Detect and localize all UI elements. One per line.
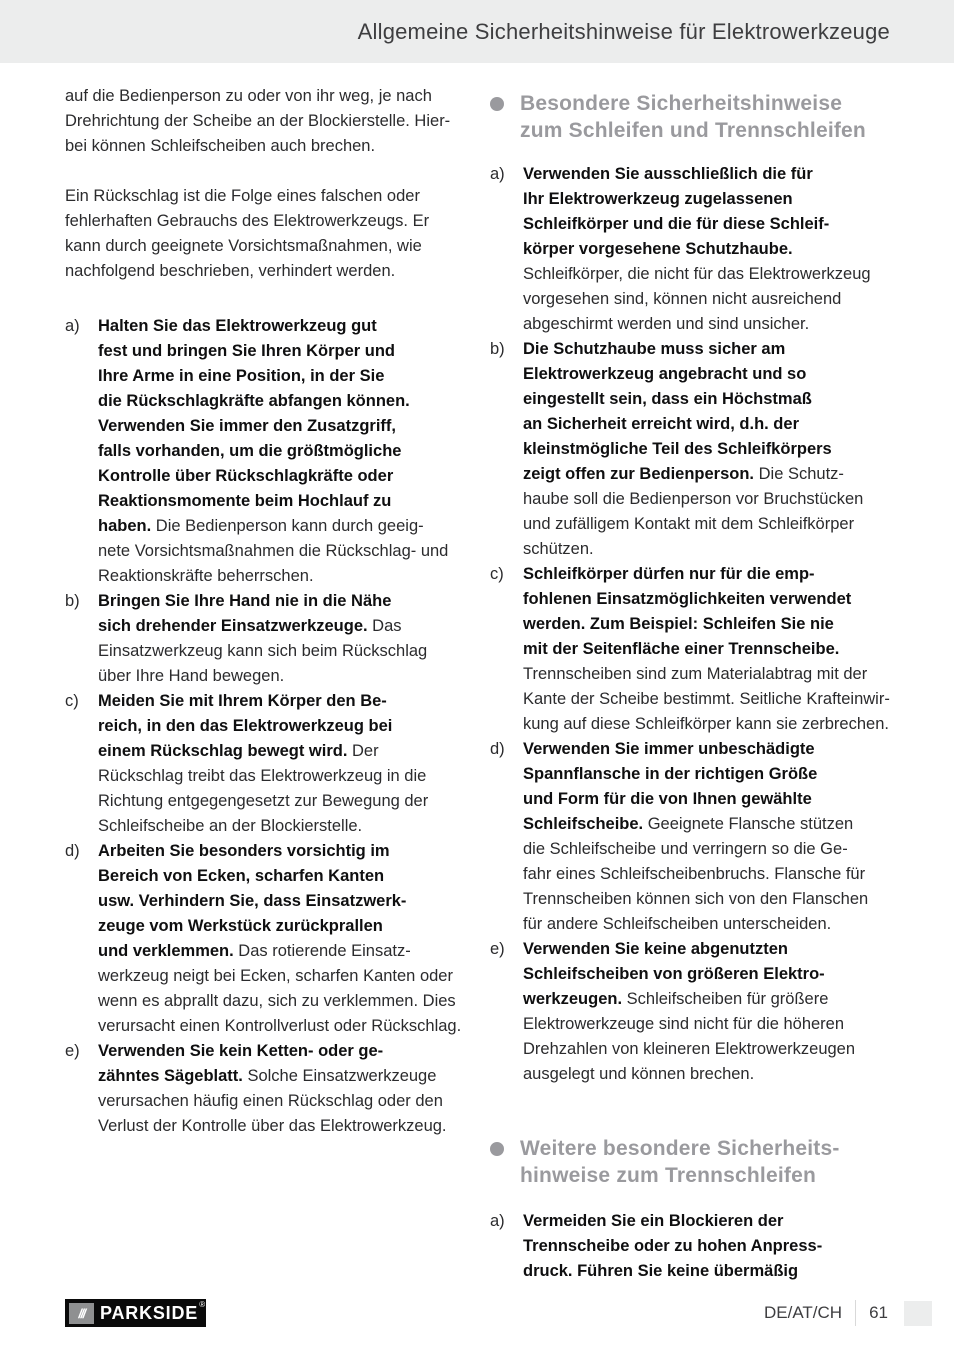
list-item: a) Vermeiden Sie ein Blockieren der Tren… [490, 1209, 894, 1284]
list-item: a) Verwenden Sie ausschließlich die für … [490, 162, 894, 337]
item-text: Die Schutzhaube muss sicher am Elektrowe… [523, 337, 894, 562]
list-item: a) Halten Sie das Elektrowerkzeug gut fe… [65, 314, 467, 589]
item-normal-text: Trennscheiben sind zum Materialabtrag mi… [523, 665, 890, 733]
bullet-icon [490, 1142, 504, 1156]
kickback-intro-paragraph-1: auf die Bedienperson zu oder von ihr weg… [65, 84, 467, 159]
item-label: c) [490, 562, 523, 737]
section-heading-grinding: Besondere Sicherheitshinweise zum Schlei… [490, 90, 894, 144]
item-bold-text: Schleifkörper dürfen nur für die emp- fo… [523, 565, 851, 658]
item-bold-text: Die Schutzhaube muss sicher am Elektrowe… [523, 340, 832, 483]
item-text: Meiden Sie mit Ihrem Körper den Be- reic… [98, 689, 467, 839]
region-code: DE/AT/CH [764, 1303, 842, 1323]
page-footer: /// PARKSIDE ® DE/AT/CH 61 [65, 1297, 932, 1329]
item-normal-text: Die Bedienperson kann durch geeig- nete … [98, 517, 448, 585]
item-label: a) [65, 314, 98, 589]
page-title: Allgemeine Sicherheitshinweise für Elekt… [358, 19, 890, 45]
item-text: Verwenden Sie immer unbeschädigte Spannf… [523, 737, 894, 937]
page-header: Allgemeine Sicherheitshinweise für Elekt… [0, 0, 954, 63]
item-text: Schleifkörper dürfen nur für die emp- fo… [523, 562, 894, 737]
list-item: b) Bringen Sie Ihre Hand nie in die Nähe… [65, 589, 467, 689]
item-text: Vermeiden Sie ein Blockieren der Trennsc… [523, 1209, 894, 1284]
list-item: c) Meiden Sie mit Ihrem Körper den Be- r… [65, 689, 467, 839]
section-title: Besondere Sicherheitshinweise zum Schlei… [520, 90, 866, 144]
left-column: auf die Bedienperson zu oder von ihr weg… [65, 84, 467, 1139]
footer-right: DE/AT/CH 61 [764, 1300, 932, 1326]
section-title: Weitere besondere Sicherheits- hinweise … [520, 1135, 840, 1189]
item-bold-text: Verwenden Sie ausschließlich die für Ihr… [523, 165, 829, 258]
footer-divider [855, 1300, 856, 1326]
list-item: e) Verwenden Sie kein Ketten- oder ge- z… [65, 1039, 467, 1139]
item-label: c) [65, 689, 98, 839]
item-text: Arbeiten Sie besonders vorsichtig im Ber… [98, 839, 467, 1039]
registered-trademark-icon: ® [199, 1300, 205, 1309]
item-label: e) [490, 937, 523, 1087]
brand-name: PARKSIDE [100, 1303, 198, 1324]
item-text: Verwenden Sie ausschließlich die für Ihr… [523, 162, 894, 337]
bullet-icon [490, 97, 504, 111]
page-number: 61 [869, 1303, 888, 1323]
item-bold-text: Bringen Sie Ihre Hand nie in die Nähe si… [98, 592, 391, 635]
list-item: e) Verwenden Sie keine abgenutzten Schle… [490, 937, 894, 1087]
item-text: Bringen Sie Ihre Hand nie in die Nähe si… [98, 589, 467, 689]
hazard-stripes-icon: /// [69, 1303, 94, 1324]
list-item: d) Verwenden Sie immer unbeschädigte Spa… [490, 737, 894, 937]
item-label: b) [490, 337, 523, 562]
item-label: b) [65, 589, 98, 689]
item-text: Verwenden Sie keine abgenutzten Schleifs… [523, 937, 894, 1087]
item-text: Halten Sie das Elektrowerkzeug gut fest … [98, 314, 467, 589]
list-item: b) Die Schutzhaube muss sicher am Elektr… [490, 337, 894, 562]
item-label: e) [65, 1039, 98, 1139]
list-item: c) Schleifkörper dürfen nur für die emp-… [490, 562, 894, 737]
parkside-logo: /// PARKSIDE ® [65, 1299, 206, 1327]
item-label: a) [490, 1209, 523, 1284]
right-column: Besondere Sicherheitshinweise zum Schlei… [490, 84, 894, 1284]
list-item: d) Arbeiten Sie besonders vorsichtig im … [65, 839, 467, 1039]
item-text: Verwenden Sie kein Ketten- oder ge- zähn… [98, 1039, 467, 1139]
item-label: d) [490, 737, 523, 937]
item-bold-text: Vermeiden Sie ein Blockieren der Trennsc… [523, 1212, 822, 1280]
corner-marker [904, 1301, 932, 1326]
kickback-intro-paragraph-2: Ein Rückschlag ist die Folge eines falsc… [65, 184, 467, 284]
item-normal-text: Schleifkörper, die nicht für das Elektro… [523, 265, 871, 333]
item-label: a) [490, 162, 523, 337]
section-heading-cutting: Weitere besondere Sicherheits- hinweise … [490, 1135, 894, 1189]
item-label: d) [65, 839, 98, 1039]
item-bold-text: Halten Sie das Elektrowerkzeug gut fest … [98, 317, 410, 535]
